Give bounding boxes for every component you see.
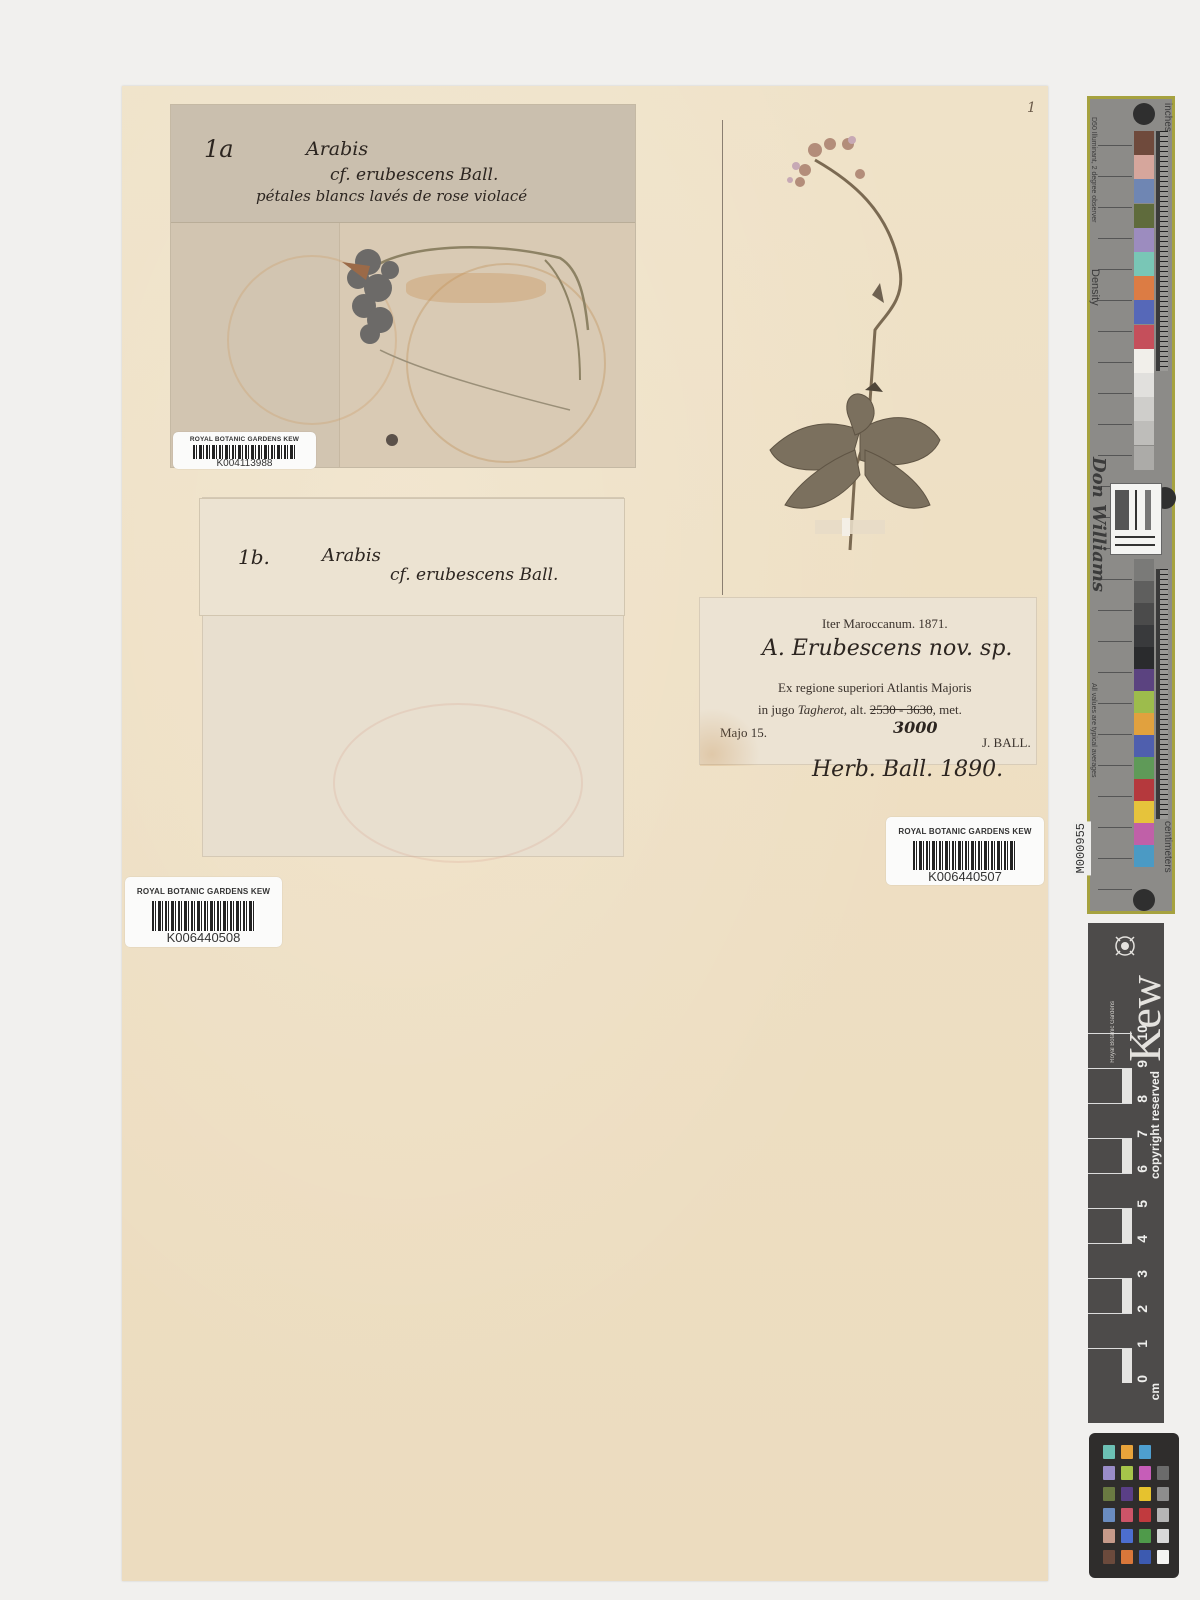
color-swatch [1134,446,1154,470]
corrected-altitude: 3000 [893,718,938,737]
checker-chip [1157,1508,1169,1522]
handwritten-species-name: A. Erubescens nov. sp. [762,636,1012,661]
cm-tick-label: 7 [1134,1130,1150,1138]
cm-unit-label: cm [1148,1383,1164,1400]
strip-id-tag: M000955 [1073,821,1091,875]
pencil-line [722,120,723,595]
copyright-notice: copyright reserved [1148,1071,1162,1179]
color-swatch [1134,779,1154,801]
cm-block [1088,1033,1132,1068]
inches-label: inches [1162,103,1173,132]
color-swatch [1134,801,1154,823]
checker-chip [1157,1550,1169,1564]
cm-tick-label: 9 [1134,1060,1150,1068]
checker-chip [1139,1508,1151,1522]
color-swatch [1134,252,1154,276]
color-swatch [1134,300,1154,324]
checker-chip [1157,1487,1169,1501]
kew-scale-bar: Kew Royal Botanic Gardens copyright rese… [1088,923,1164,1423]
checker-chip [1121,1508,1133,1522]
checker-chip [1139,1487,1151,1501]
locality-line-2: in jugo Tagherot, alt. 2530 - 3630, met. [758,702,962,718]
checker-chip [1157,1445,1169,1459]
cm-tick-label: 3 [1134,1270,1150,1278]
packet-1b-species: cf. erubescens Ball. [390,565,558,585]
water-stain [333,703,583,863]
cm-ruler [1156,569,1168,819]
color-swatch [1134,131,1154,155]
color-swatch [1134,603,1154,625]
checker-chip [1103,1508,1115,1522]
packet-1a-flap [171,105,635,223]
checker-chip [1103,1529,1115,1543]
checker-chip [1121,1466,1133,1480]
checker-chip [1157,1529,1169,1543]
centimeters-label: centimeters [1162,821,1173,873]
color-swatch [1134,204,1154,228]
packet-1b-genus: Arabis [322,545,381,566]
collector-name: J. BALL. [982,735,1031,751]
color-swatch [1134,421,1154,445]
color-checker-card [1089,1433,1179,1578]
inch-ruler [1156,131,1168,371]
color-swatch [1134,625,1154,647]
checker-chip [1121,1445,1133,1459]
color-swatch [1134,276,1154,300]
cm-tick-label: 4 [1134,1235,1150,1243]
packet-1a-note: pétales blancs lavés de rose violacé [256,187,527,205]
locality-line-1: Ex regione superiori Atlantis Majoris [778,680,972,696]
color-swatch [1134,691,1154,713]
averages-caption: All values are typical averages [1090,683,1097,778]
barcode-bars [152,901,256,931]
checker-chip [1121,1487,1133,1501]
cm-tick-label: 6 [1134,1165,1150,1173]
color-reference-strip: D50 Illuminant, 2 degree observer Densit… [1087,96,1175,914]
color-swatch [1134,373,1154,397]
checker-chip [1103,1550,1115,1564]
maker-label: Don Williams [1088,457,1109,592]
mounted-plant-specimen [760,130,960,570]
color-swatch [1134,349,1154,373]
checker-chip [1121,1529,1133,1543]
color-swatch [1134,845,1154,867]
specimen-1a-plant [340,240,610,450]
color-swatch [1134,713,1154,735]
packet-1a-species: cf. erubescens Ball. [330,165,498,185]
resolution-target [1110,483,1162,555]
cm-tick-label: 5 [1134,1200,1150,1208]
cm-tick-label: 0 [1134,1375,1150,1383]
cm-block [1088,1138,1132,1173]
checker-chip [1157,1466,1169,1480]
checker-chip [1139,1529,1151,1543]
cm-block [1088,1243,1132,1278]
cm-tick-label: 1 [1134,1340,1150,1348]
color-swatch [1134,155,1154,179]
packet-1a-number: 1a [204,135,234,163]
color-swatch [1134,647,1154,669]
herbarium-annotation: Herb. Ball. 1890. [812,757,1003,782]
checker-chip [1121,1550,1133,1564]
cm-block [1088,1313,1132,1348]
royal-crest-icon [1110,931,1140,961]
barcode-bars [193,445,297,459]
checker-chip [1103,1466,1115,1480]
barcode-bars [913,841,1017,870]
packet-1a-genus: Arabis [306,138,368,160]
cm-block [1088,1278,1132,1313]
color-swatch [1134,559,1154,581]
cm-block [1088,1208,1132,1243]
foxing-stain [700,708,760,766]
density-label: Density [1089,269,1101,306]
color-swatch [1134,325,1154,349]
cm-block [1088,1068,1132,1103]
cm-block [1088,1348,1132,1383]
barcode-label-K006440508: ROYAL BOTANIC GARDENS KEW K006440508 [125,877,282,947]
color-swatch [1134,735,1154,757]
barcode-label-K004113988: ROYAL BOTANIC GARDENS KEW K004113988 [173,432,316,469]
locality-label: Iter Maroccanum. 1871. A. Erubescens nov… [699,597,1037,765]
color-swatch [1134,397,1154,421]
cm-block [1088,1173,1132,1208]
strip-hole-bottom [1133,889,1155,911]
cm-tick-label: 2 [1134,1305,1150,1313]
expedition-text: Iter Maroccanum. 1871. [822,616,948,632]
checker-chip [1103,1487,1115,1501]
illuminant-caption: D50 Illuminant, 2 degree observer [1090,117,1097,222]
color-swatch [1134,757,1154,779]
color-swatch [1134,581,1154,603]
cm-tick-label: 10 [1134,1025,1150,1041]
color-swatch [1134,179,1154,203]
checker-chip [1139,1445,1151,1459]
checker-chip [1139,1550,1151,1564]
color-swatch [1134,669,1154,691]
cm-tick-label: 8 [1134,1095,1150,1103]
sheet-corner-mark: 1 [1027,100,1036,116]
strip-hole-top [1133,103,1155,125]
barcode-label-K006440507: ROYAL BOTANIC GARDENS KEW K006440507 [886,817,1044,885]
checker-chip [1139,1466,1151,1480]
cm-block [1088,1103,1132,1138]
color-swatch [1134,823,1154,845]
color-swatch [1134,228,1154,252]
packet-1b-number: 1b. [238,545,270,569]
checker-chip [1103,1445,1115,1459]
